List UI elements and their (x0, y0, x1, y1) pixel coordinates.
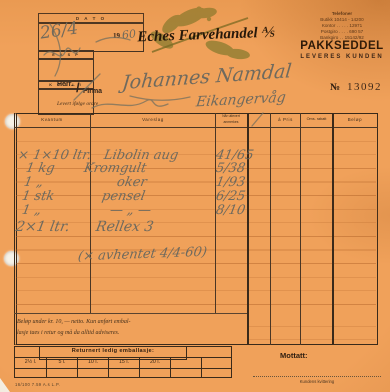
item-row-2: 1 kg Kromgult 5/38 (21, 161, 274, 176)
levert-label: Levert ifølge ordre (57, 101, 98, 107)
item-price: 6/25 (215, 189, 247, 204)
doc-subtitle: LEVERES KUNDEN (296, 54, 388, 60)
phones-block: Telefoner Butikk 10414 - 14200 Kontor . … (295, 11, 389, 41)
returns-cell-6 (170, 358, 201, 368)
corner-tear (0, 378, 10, 392)
mottatt-label: Mottatt: (280, 351, 340, 360)
item-name: Rellex 3 (95, 219, 155, 235)
nr-value: 13092 (347, 81, 382, 93)
returns-cell-3: 10 l. (77, 358, 108, 368)
doc-type-title: PAKKSEDDEL (296, 40, 388, 52)
column-line-5 (300, 113, 301, 345)
returns-cell-4: 15 l. (108, 358, 139, 368)
item-row-5: 1 „ — „ — 8/10 (21, 203, 274, 218)
col-header-vareslag: Vareslag (92, 117, 214, 122)
returns-cell-7 (201, 358, 231, 368)
col-header-utlevert-1: Når utlevert (215, 114, 247, 118)
returns-grid-line (170, 368, 171, 378)
eksp-label: E K S P (39, 51, 93, 57)
item-name: Kromgult (83, 161, 148, 176)
item-qty: 2×1 ltr. (15, 219, 72, 235)
hw-customer-city: Eikangervåg (195, 90, 287, 111)
hw-customer-name: Johannes Namdal (121, 60, 293, 94)
column-line-4 (270, 113, 271, 345)
nr-label: № (330, 82, 340, 93)
item-row-4: 1 stk pensel 6/25 (21, 189, 274, 204)
item-price: 1/93 (215, 175, 247, 190)
returns-grid-line (108, 368, 109, 378)
col-header-kvantum: Kvantum (16, 117, 88, 122)
eksp-cell (38, 58, 94, 82)
returns-grid-line (201, 368, 202, 378)
item-qty: 1 stk (21, 189, 56, 204)
returns-table: Returnert ledig emballasje: 2½ l. 5 l. 1… (14, 346, 232, 378)
print-code: 16/100 7.59 A.s L.P. (15, 382, 60, 387)
col-header-belop: Beløp (333, 117, 377, 122)
slash-divider: / (76, 80, 80, 95)
col-header-pris: á Pris (271, 117, 300, 122)
item-row-6: 2×1 ltr. Rellex 3 (15, 219, 268, 235)
herr-firma-label: Herr. / Firma (57, 81, 117, 99)
column-line-6-heavy (332, 113, 334, 345)
returns-cell-2: 5 l. (46, 358, 77, 368)
item-name: pensel (101, 189, 147, 204)
item-qty: 1 „ (21, 203, 43, 218)
returns-cell-1: 2½ l. (15, 358, 46, 368)
firma-label: Firma (83, 88, 102, 95)
signature-caption: Kundens kvittering (253, 379, 381, 384)
col-header-utlevert-2: anmerkes (215, 120, 247, 124)
item-name: — „ — (109, 203, 153, 218)
returns-grid-line (46, 368, 47, 378)
ruled-lines-lower (248, 313, 376, 345)
herr-label: Herr. (57, 81, 73, 88)
signature-line (253, 376, 381, 377)
item-price: 5/38 (215, 161, 247, 176)
item-name: oker (116, 175, 148, 190)
item-qty: 1 kg (25, 161, 56, 176)
footer-note-line-2: lasje taes i retur og må da alltid advis… (17, 328, 131, 339)
footer-note-line-1: Beløp under kr. 10, — netto. Kun anført … (17, 317, 131, 328)
returns-empty-row (15, 368, 231, 378)
item-row-3: 1 „ oker 1/93 (21, 175, 274, 190)
left-columns-bottom-line (14, 313, 248, 314)
pakkseddel-document: D A T O 19 E K S P K O L L I 26/4 60 Ech… (0, 0, 390, 392)
col-header-rabatt: Oms. rabatt (301, 117, 332, 121)
item-qty: 1 „ (23, 175, 45, 190)
returns-grid-line (77, 368, 78, 378)
returns-grid-line (139, 368, 140, 378)
footer-note: Beløp under kr. 10, — netto. Kun anført … (17, 317, 131, 339)
returns-cell-5: 20 l. (139, 358, 170, 368)
item-price: 8/10 (215, 203, 247, 218)
